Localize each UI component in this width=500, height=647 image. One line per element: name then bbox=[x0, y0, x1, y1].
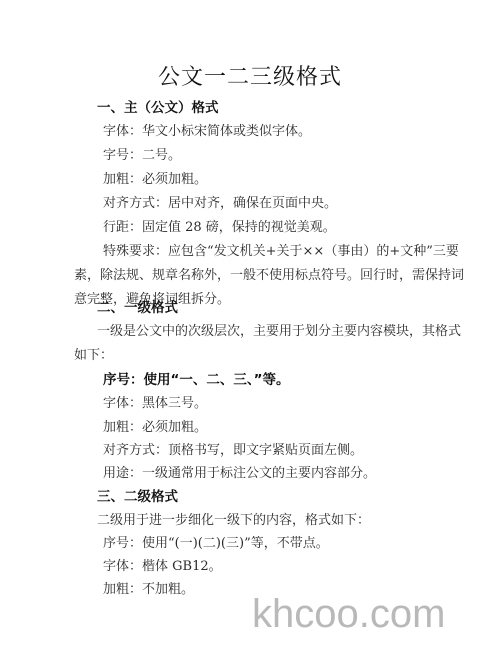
section-1-line: 行距：固定值 28 磅，保持的视觉美观。 bbox=[103, 216, 336, 235]
section-3-line: 加粗：不加粗。 bbox=[103, 578, 194, 597]
section-1-line: 加粗：必须加粗。 bbox=[103, 168, 207, 187]
section-2-line: 一级是公文中的次级层次，主要用于划分主要内容模块，其格式 bbox=[97, 320, 461, 339]
section-3-line: 字体：楷体 GB12。 bbox=[103, 555, 222, 574]
section-heading-2: 二、一级格式 bbox=[97, 296, 178, 316]
section-2-line: 字体：黑体三号。 bbox=[103, 392, 207, 411]
section-2-line: 用途：一级通常用于标注公文的主要内容部分。 bbox=[103, 462, 376, 481]
section-heading-3: 三、二级格式 bbox=[97, 485, 178, 505]
watermark: khcoo.com bbox=[252, 592, 445, 637]
section-1-line: 字体：华文小标宋简体或类似字体。 bbox=[103, 120, 311, 139]
section-2-line: 如下： bbox=[74, 344, 113, 363]
section-1-line: 素，除法规、规章名称外，一般不使用标点符号。回行时，需保持词 bbox=[74, 264, 464, 283]
section-3-line: 二级用于进一步细化一级下的内容，格式如下： bbox=[97, 509, 370, 528]
section-1-line: 特殊要求：应包含“发文机关+关于××（事由）的+文种”三要 bbox=[103, 240, 459, 259]
section-heading-1: 一、主（公文）格式 bbox=[97, 96, 219, 116]
section-2-line: 序号：使用“一、二、三、”等。 bbox=[103, 368, 290, 388]
section-2-line: 加粗：必须加粗。 bbox=[103, 416, 207, 435]
section-2-line: 对齐方式：顶格书写，即文字紧贴页面左侧。 bbox=[103, 439, 363, 458]
document-title: 公文一二三级格式 bbox=[0, 60, 500, 91]
section-1-line: 对齐方式：居中对齐，确保在页面中央。 bbox=[103, 192, 337, 211]
section-1-line: 字号：二号。 bbox=[103, 144, 181, 163]
section-3-line: 序号：使用“(一)(二)(三)”等，不带点。 bbox=[103, 532, 329, 551]
